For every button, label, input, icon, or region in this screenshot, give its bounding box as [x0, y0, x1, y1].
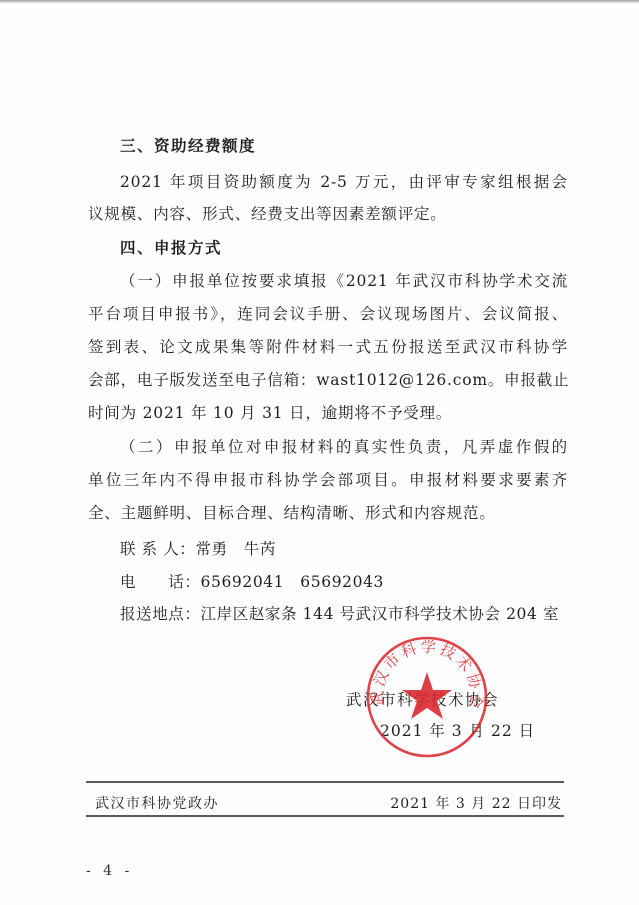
section-4-item-2-line-2: 单位三年内不得申报市科协学会部项目。申报材料要求要素齐 — [88, 470, 568, 490]
contact-address: 江岸区赵家条 144 号武汉市科学技术协会 204 室 — [201, 605, 560, 623]
section-3-line-1: 2021 年项目资助额度为 2-5 万元，由评审专家组根据会 — [120, 172, 568, 192]
section-4-item-1-line-1: （一）申报单位按要求填报《2021 年武汉市科协学术交流 — [120, 271, 568, 291]
page-number: - 4 - — [86, 863, 133, 879]
section-4-item-2-line-1: （二）申报单位对申报材料的真实性负责，凡弄虚作假的 — [120, 437, 568, 457]
footer-top-rule — [86, 781, 564, 783]
section-4-item-1-line-3: 签到表、论文成果集等附件材料一式五份报送至武汉市科协学 — [88, 337, 568, 357]
section-4-item-1-line-5: 时间为 2021 年 10 月 31 日，逾期将不予受理。 — [88, 403, 568, 423]
section-3-heading: 三、资助经费额度 — [120, 136, 600, 156]
section-4-item-1-line-4: 会部，电子版发送至电子信箱：wast1012@126.com。申报截止 — [88, 370, 568, 390]
footer-issuer: 武汉市科协党政办 — [95, 793, 219, 813]
section-4-item-2-line-3: 全、主题鲜明、目标合理、结构清晰、形式和内容规范。 — [88, 503, 568, 523]
contact-phone-numbers: 65692041 65692043 — [201, 573, 385, 591]
footer-bottom-rule — [86, 815, 564, 817]
contact-address-row: 报送地点：江岸区赵家条 144 号武汉市科学技术协会 204 室 — [120, 604, 600, 624]
contact-phone-label: 电 话： — [120, 573, 201, 591]
signature-org: 武汉市科学技术协会 — [346, 690, 546, 710]
scan-top-edge — [0, 0, 639, 4]
section-4-item-1-line-2: 平台项目申报书》，连同会议手册、会议现场图片、会议简报、 — [88, 304, 568, 324]
signature-date: 2021 年 3 月 22 日 — [380, 721, 560, 741]
contact-person-names: 常勇 牛芮 — [195, 540, 276, 558]
section-3-line-2: 议规模、内容、形式、经费支出等因素差额评定。 — [88, 204, 568, 224]
footer-issue-date: 2021 年 3 月 22 日印发 — [390, 793, 562, 813]
section-4-heading: 四、申报方式 — [120, 238, 600, 258]
contact-person-label: 联 系 人： — [120, 540, 195, 558]
contact-phone-row: 电 话：65692041 65692043 — [120, 572, 600, 592]
contact-address-label: 报送地点： — [120, 605, 201, 623]
contact-person-row: 联 系 人：常勇 牛芮 — [120, 539, 600, 559]
